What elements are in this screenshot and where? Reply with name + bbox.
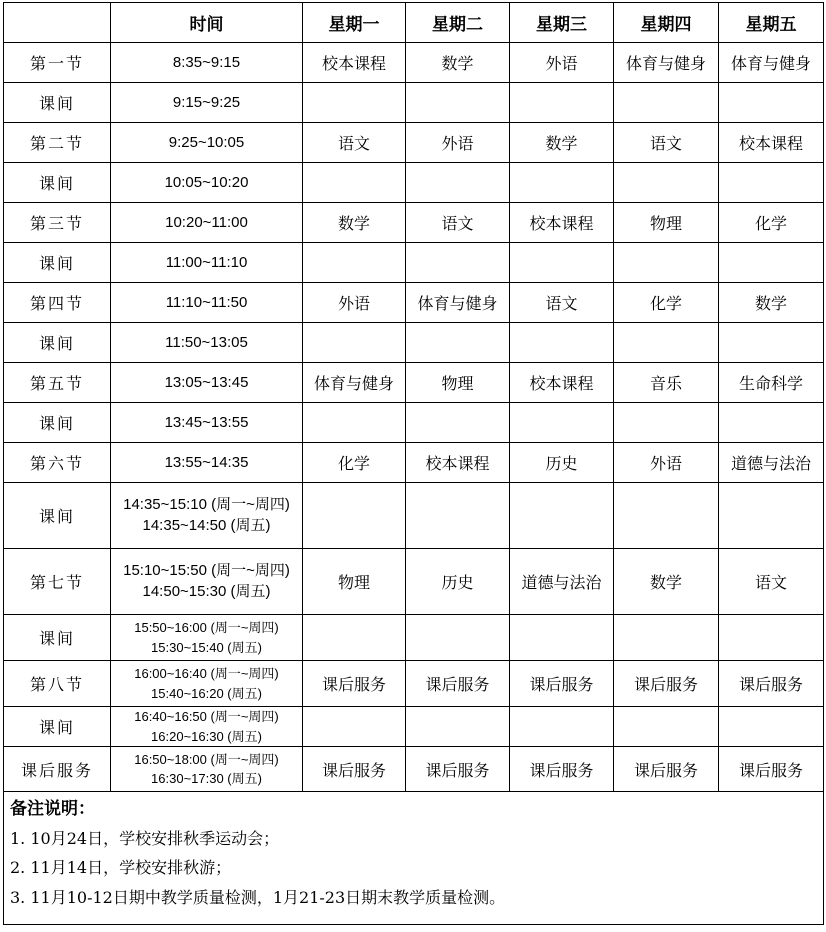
time-cell: 16:00~16:40 (周一~周四)15:40~16:20 (周五) xyxy=(111,661,303,707)
notes-section: 备注说明： 1. 10月24日，学校安排秋季运动会；2. 11月14日，学校安排… xyxy=(4,792,824,925)
table-row: 第八节16:00~16:40 (周一~周四)15:40~16:20 (周五)课后… xyxy=(4,661,824,707)
subject-cell: 物理 xyxy=(614,203,719,243)
subject-cell: 音乐 xyxy=(614,363,719,403)
table-row: 第四节11:10~11:50外语体育与健身语文化学数学 xyxy=(4,283,824,323)
subject-cell: 物理 xyxy=(303,549,406,615)
table-row: 第五节13:05~13:45体育与健身物理校本课程音乐生命科学 xyxy=(4,363,824,403)
subject-cell: 语文 xyxy=(406,203,510,243)
table-row: 课间9:15~9:25 xyxy=(4,83,824,123)
subject-cell: 课后服务 xyxy=(614,747,719,792)
note-item: 1. 10月24日，学校安排秋季运动会； xyxy=(10,824,817,854)
time-cell: 11:10~11:50 xyxy=(111,283,303,323)
time-text: 11:50~13:05 xyxy=(113,334,300,351)
subject-cell xyxy=(614,483,719,549)
time-text: 16:50~18:00 (周一~周四) xyxy=(113,750,300,770)
subject-cell xyxy=(406,243,510,283)
subject-cell xyxy=(406,163,510,203)
subject-cell: 语文 xyxy=(510,283,614,323)
time-cell: 13:55~14:35 xyxy=(111,443,303,483)
time-cell: 9:25~10:05 xyxy=(111,123,303,163)
time-cell: 10:20~11:00 xyxy=(111,203,303,243)
subject-cell: 体育与健身 xyxy=(614,43,719,83)
time-cell: 16:50~18:00 (周一~周四)16:30~17:30 (周五) xyxy=(111,747,303,792)
table-row: 课间16:40~16:50 (周一~周四)16:20~16:30 (周五) xyxy=(4,707,824,747)
row-label: 第四节 xyxy=(4,283,111,323)
subject-cell xyxy=(510,707,614,747)
subject-cell xyxy=(719,243,824,283)
time-text: 16:00~16:40 (周一~周四) xyxy=(113,664,300,684)
subject-cell: 数学 xyxy=(406,43,510,83)
subject-cell: 校本课程 xyxy=(406,443,510,483)
subject-cell xyxy=(614,323,719,363)
subject-cell xyxy=(303,403,406,443)
time-cell: 11:50~13:05 xyxy=(111,323,303,363)
subject-cell: 课后服务 xyxy=(614,661,719,707)
subject-cell xyxy=(303,323,406,363)
time-cell: 14:35~15:10 (周一~周四)14:35~14:50 (周五) xyxy=(111,483,303,549)
subject-cell: 外语 xyxy=(406,123,510,163)
subject-cell: 课后服务 xyxy=(719,747,824,792)
notes-list: 1. 10月24日，学校安排秋季运动会；2. 11月14日，学校安排秋游；3. … xyxy=(10,824,817,913)
subject-cell xyxy=(510,323,614,363)
subject-cell xyxy=(510,163,614,203)
subject-cell xyxy=(614,163,719,203)
note-item: 2. 11月14日，学校安排秋游； xyxy=(10,853,817,883)
subject-cell: 数学 xyxy=(719,283,824,323)
subject-cell xyxy=(614,615,719,661)
row-label: 课间 xyxy=(4,707,111,747)
subject-cell: 课后服务 xyxy=(510,747,614,792)
time-text: 11:10~11:50 xyxy=(113,294,300,311)
time-text: 14:35~14:50 (周五) xyxy=(121,516,293,537)
day-header-4: 星期四 xyxy=(614,3,719,43)
time-text: 9:15~9:25 xyxy=(113,94,300,111)
row-label: 课间 xyxy=(4,83,111,123)
day-header-2: 星期二 xyxy=(406,3,510,43)
time-text: 13:55~14:35 xyxy=(113,454,300,471)
subject-cell xyxy=(406,483,510,549)
subject-cell: 化学 xyxy=(719,203,824,243)
table-row: 第二节9:25~10:05语文外语数学语文校本课程 xyxy=(4,123,824,163)
subject-cell: 课后服务 xyxy=(510,661,614,707)
subject-cell: 校本课程 xyxy=(510,363,614,403)
subject-cell: 语文 xyxy=(719,549,824,615)
table-row: 课间11:50~13:05 xyxy=(4,323,824,363)
subject-cell xyxy=(614,707,719,747)
note-item: 3. 11月10-12日期中教学质量检测，1月21-23日期末教学质量检测。 xyxy=(10,883,817,913)
row-label: 第二节 xyxy=(4,123,111,163)
time-cell: 9:15~9:25 xyxy=(111,83,303,123)
subject-cell xyxy=(510,403,614,443)
table-row: 课间15:50~16:00 (周一~周四)15:30~15:40 (周五) xyxy=(4,615,824,661)
header-row: 时间 星期一星期二星期三星期四星期五 xyxy=(4,3,824,43)
table-row: 课间14:35~15:10 (周一~周四)14:35~14:50 (周五) xyxy=(4,483,824,549)
table-row: 课间11:00~11:10 xyxy=(4,243,824,283)
subject-cell xyxy=(406,403,510,443)
subject-cell: 数学 xyxy=(303,203,406,243)
subject-cell xyxy=(614,403,719,443)
time-cell: 10:05~10:20 xyxy=(111,163,303,203)
time-cell: 8:35~9:15 xyxy=(111,43,303,83)
subject-cell xyxy=(510,483,614,549)
subject-cell xyxy=(614,83,719,123)
subject-cell: 课后服务 xyxy=(303,747,406,792)
subject-cell: 体育与健身 xyxy=(719,43,824,83)
table-row: 第三节10:20~11:00数学语文校本课程物理化学 xyxy=(4,203,824,243)
subject-cell xyxy=(510,615,614,661)
corner-cell xyxy=(4,3,111,43)
notes-row: 备注说明： 1. 10月24日，学校安排秋季运动会；2. 11月14日，学校安排… xyxy=(4,792,824,925)
subject-cell: 课后服务 xyxy=(406,661,510,707)
subject-cell xyxy=(719,615,824,661)
row-label: 第五节 xyxy=(4,363,111,403)
time-text: 16:30~17:30 (周五) xyxy=(113,769,300,789)
notes-title: 备注说明： xyxy=(10,795,817,824)
time-text: 8:35~9:15 xyxy=(113,54,300,71)
subject-cell xyxy=(510,83,614,123)
time-text: 10:05~10:20 xyxy=(113,174,300,191)
day-header-1: 星期一 xyxy=(303,3,406,43)
subject-cell xyxy=(303,163,406,203)
row-label: 第三节 xyxy=(4,203,111,243)
table-row: 课间13:45~13:55 xyxy=(4,403,824,443)
subject-cell xyxy=(510,243,614,283)
time-cell: 11:00~11:10 xyxy=(111,243,303,283)
row-label: 第一节 xyxy=(4,43,111,83)
time-text: 15:10~15:50 (周一~周四) xyxy=(121,561,293,582)
subject-cell xyxy=(719,83,824,123)
time-text: 15:30~15:40 (周五) xyxy=(113,638,300,658)
row-label: 课间 xyxy=(4,163,111,203)
subject-cell xyxy=(303,615,406,661)
subject-cell: 课后服务 xyxy=(719,661,824,707)
timetable: 时间 星期一星期二星期三星期四星期五 第一节8:35~9:15校本课程数学外语体… xyxy=(3,2,824,925)
time-text: 14:35~15:10 (周一~周四) xyxy=(121,495,293,516)
subject-cell: 体育与健身 xyxy=(406,283,510,323)
table-row: 第一节8:35~9:15校本课程数学外语体育与健身体育与健身 xyxy=(4,43,824,83)
row-label: 课间 xyxy=(4,243,111,283)
subject-cell xyxy=(719,403,824,443)
time-text: 15:40~16:20 (周五) xyxy=(113,684,300,704)
table-row: 第六节13:55~14:35化学校本课程历史外语道德与法治 xyxy=(4,443,824,483)
page: 时间 星期一星期二星期三星期四星期五 第一节8:35~9:15校本课程数学外语体… xyxy=(0,0,826,932)
subject-cell: 课后服务 xyxy=(406,747,510,792)
subject-cell xyxy=(303,483,406,549)
row-label: 第六节 xyxy=(4,443,111,483)
subject-cell xyxy=(406,323,510,363)
subject-cell: 道德与法治 xyxy=(510,549,614,615)
row-label: 课间 xyxy=(4,403,111,443)
subject-cell xyxy=(719,163,824,203)
subject-cell xyxy=(719,707,824,747)
row-label: 第七节 xyxy=(4,549,111,615)
subject-cell: 体育与健身 xyxy=(303,363,406,403)
time-cell: 15:10~15:50 (周一~周四)14:50~15:30 (周五) xyxy=(111,549,303,615)
time-text: 11:00~11:10 xyxy=(113,254,300,271)
subject-cell xyxy=(303,83,406,123)
subject-cell xyxy=(406,707,510,747)
subject-cell: 历史 xyxy=(510,443,614,483)
subject-cell xyxy=(406,83,510,123)
subject-cell: 课后服务 xyxy=(303,661,406,707)
subject-cell xyxy=(719,323,824,363)
subject-cell: 数学 xyxy=(614,549,719,615)
subject-cell: 道德与法治 xyxy=(719,443,824,483)
row-label: 课间 xyxy=(4,615,111,661)
time-text: 16:20~16:30 (周五) xyxy=(113,727,300,747)
time-cell: 16:40~16:50 (周一~周四)16:20~16:30 (周五) xyxy=(111,707,303,747)
table-row: 课后服务16:50~18:00 (周一~周四)16:30~17:30 (周五)课… xyxy=(4,747,824,792)
day-header-3: 星期三 xyxy=(510,3,614,43)
subject-cell: 外语 xyxy=(614,443,719,483)
row-label: 课间 xyxy=(4,323,111,363)
day-header-5: 星期五 xyxy=(719,3,824,43)
time-text: 9:25~10:05 xyxy=(113,134,300,151)
subject-cell: 校本课程 xyxy=(719,123,824,163)
subject-cell: 外语 xyxy=(303,283,406,323)
subject-cell: 生命科学 xyxy=(719,363,824,403)
time-text: 15:50~16:00 (周一~周四) xyxy=(113,618,300,638)
subject-cell: 化学 xyxy=(614,283,719,323)
subject-cell xyxy=(406,615,510,661)
subject-cell: 校本课程 xyxy=(510,203,614,243)
time-cell: 13:45~13:55 xyxy=(111,403,303,443)
row-label: 课间 xyxy=(4,483,111,549)
subject-cell: 数学 xyxy=(510,123,614,163)
subject-cell: 历史 xyxy=(406,549,510,615)
subject-cell: 化学 xyxy=(303,443,406,483)
subject-cell: 物理 xyxy=(406,363,510,403)
time-text: 14:50~15:30 (周五) xyxy=(121,582,293,603)
subject-cell: 语文 xyxy=(303,123,406,163)
time-text: 16:40~16:50 (周一~周四) xyxy=(113,707,300,727)
time-header: 时间 xyxy=(111,3,303,43)
table-row: 第七节15:10~15:50 (周一~周四)14:50~15:30 (周五)物理… xyxy=(4,549,824,615)
subject-cell: 外语 xyxy=(510,43,614,83)
row-label: 课后服务 xyxy=(4,747,111,792)
time-text: 13:05~13:45 xyxy=(113,374,300,391)
time-text: 10:20~11:00 xyxy=(113,214,300,231)
time-text: 13:45~13:55 xyxy=(113,414,300,431)
row-label: 第八节 xyxy=(4,661,111,707)
subject-cell xyxy=(614,243,719,283)
time-cell: 15:50~16:00 (周一~周四)15:30~15:40 (周五) xyxy=(111,615,303,661)
subject-cell: 校本课程 xyxy=(303,43,406,83)
subject-cell xyxy=(303,707,406,747)
subject-cell xyxy=(303,243,406,283)
table-row: 课间10:05~10:20 xyxy=(4,163,824,203)
subject-cell: 语文 xyxy=(614,123,719,163)
time-cell: 13:05~13:45 xyxy=(111,363,303,403)
subject-cell xyxy=(719,483,824,549)
